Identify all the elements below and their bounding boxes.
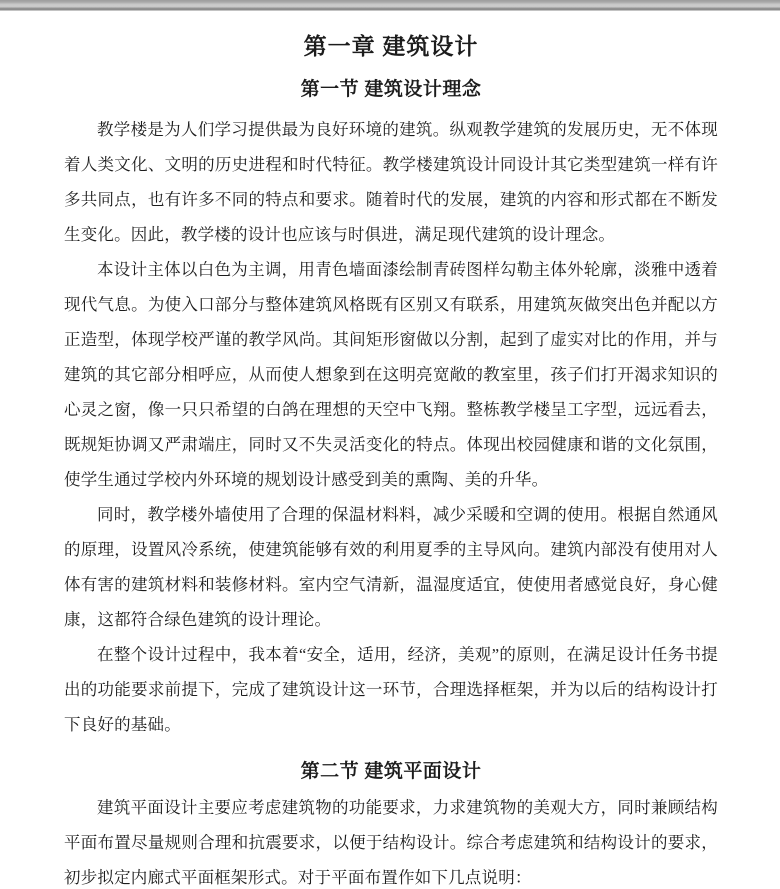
paragraph: 同时，教学楼外墙使用了合理的保温材料料，减少采暖和空调的使用。根据自然通风的原理… [64,497,718,637]
paragraph: 在整个设计过程中，我本着“安全，适用，经济，美观”的原则，在满足设计任务书提出的… [64,637,718,742]
chapter-title: 第一章 建筑设计 [64,11,718,63]
section-1-body: 教学楼是为人们学习提供最为良好环境的建筑。纵观教学建筑的发展历史，无不体现着人类… [64,104,718,742]
paragraph: 本设计主体以白色为主调，用青色墙面漆绘制青砖图样勾勒主体外轮廓，淡雅中透着现代气… [64,252,718,497]
section-1-heading: 第一节 建筑设计理念 [64,63,718,104]
document-page: 第一章 建筑设计 第一节 建筑设计理念 教学楼是为人们学习提供最为良好环境的建筑… [0,11,780,889]
paragraph: 建筑平面设计主要应考虑建筑物的功能要求，力求建筑物的美观大方，同时兼顾结构平面布… [64,790,718,889]
section-2-body: 建筑平面设计主要应考虑建筑物的功能要求，力求建筑物的美观大方，同时兼顾结构平面布… [64,790,718,889]
section-2-heading: 第二节 建筑平面设计 [64,742,718,790]
paragraph: 教学楼是为人们学习提供最为良好环境的建筑。纵观教学建筑的发展历史，无不体现着人类… [64,112,718,252]
window-top-edge [0,0,780,11]
